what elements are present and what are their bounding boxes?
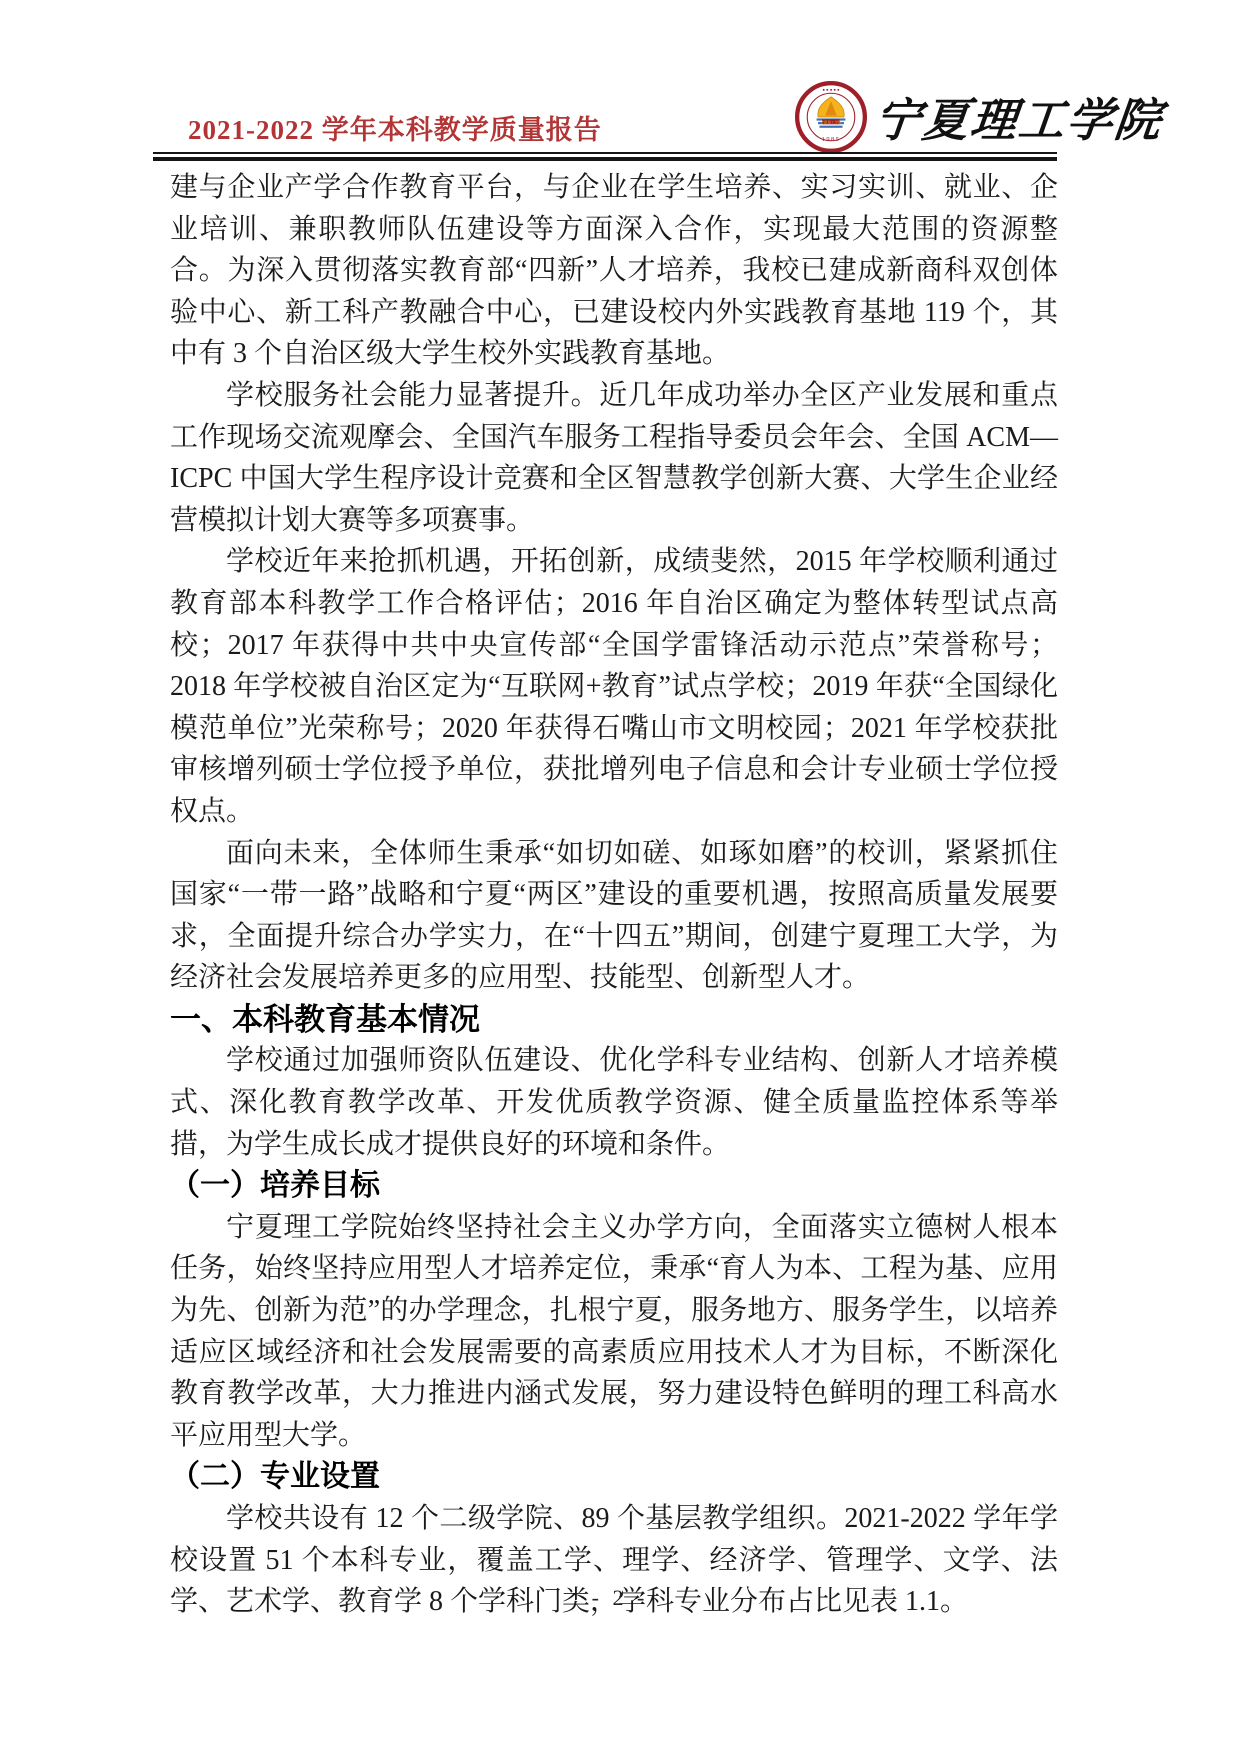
para-future-outlook: 面向未来，全体师生秉承“如切如磋、如琢如磨”的校训，紧紧抓住国家“一带一路”战略…	[170, 833, 1058, 999]
university-seal-icon: 宁夏理工学院 1985 ● ● ● ● ●	[795, 81, 867, 153]
document-body: 建与企业产学合作教育平台，与企业在学生培养、实习实训、就业、企业培训、兼职教师队…	[170, 167, 1058, 1623]
page-number: - 2 -	[592, 1585, 649, 1610]
para-achievements: 学校近年来抢抓机遇，开拓创新，成绩斐然，2015 年学校顺利通过教育部本科教学工…	[170, 541, 1058, 832]
subsection-heading-training-goal: （一）培养目标	[170, 1165, 1058, 1207]
report-title: 2021-2022 学年本科教学质量报告	[188, 108, 602, 147]
document-page: 2021-2022 学年本科教学质量报告 宁夏理工学院 1985 ● ●	[0, 0, 1240, 1753]
para-training-goal: 宁夏理工学院始终坚持社会主义办学方向，全面落实立德树人根本任务，始终坚持应用型人…	[170, 1207, 1058, 1457]
para-social-service: 学校服务社会能力显著提升。近几年成功举办全区产业发展和重点工作现场交流观摩会、全…	[170, 375, 1058, 541]
seal-banner-text: 宁夏理工学院	[820, 119, 842, 124]
university-name-calligraphy: 宁夏理工学院	[872, 84, 1167, 150]
page-footer: - 2 -	[0, 1585, 1240, 1611]
header-divider-rule	[153, 152, 1057, 161]
seal-ring-text: ● ● ● ● ●	[822, 87, 840, 92]
subsection-heading-major-setup: （二）专业设置	[170, 1456, 1058, 1498]
para-cooperation-continuation: 建与企业产学合作教育平台，与企业在学生培养、实习实训、就业、企业培训、兼职教师队…	[170, 167, 1058, 375]
university-logo: 宁夏理工学院 1985 ● ● ● ● ● 宁夏理工学院	[795, 80, 1163, 154]
page-header: 2021-2022 学年本科教学质量报告 宁夏理工学院 1985 ● ●	[0, 0, 1240, 165]
section-heading-basic-situation: 一、本科教育基本情况	[170, 999, 1058, 1041]
para-section-intro: 学校通过加强师资队伍建设、优化学科专业结构、创新人才培养模式、深化教育教学改革、…	[170, 1040, 1058, 1165]
seal-year-text: 1985	[822, 136, 841, 143]
